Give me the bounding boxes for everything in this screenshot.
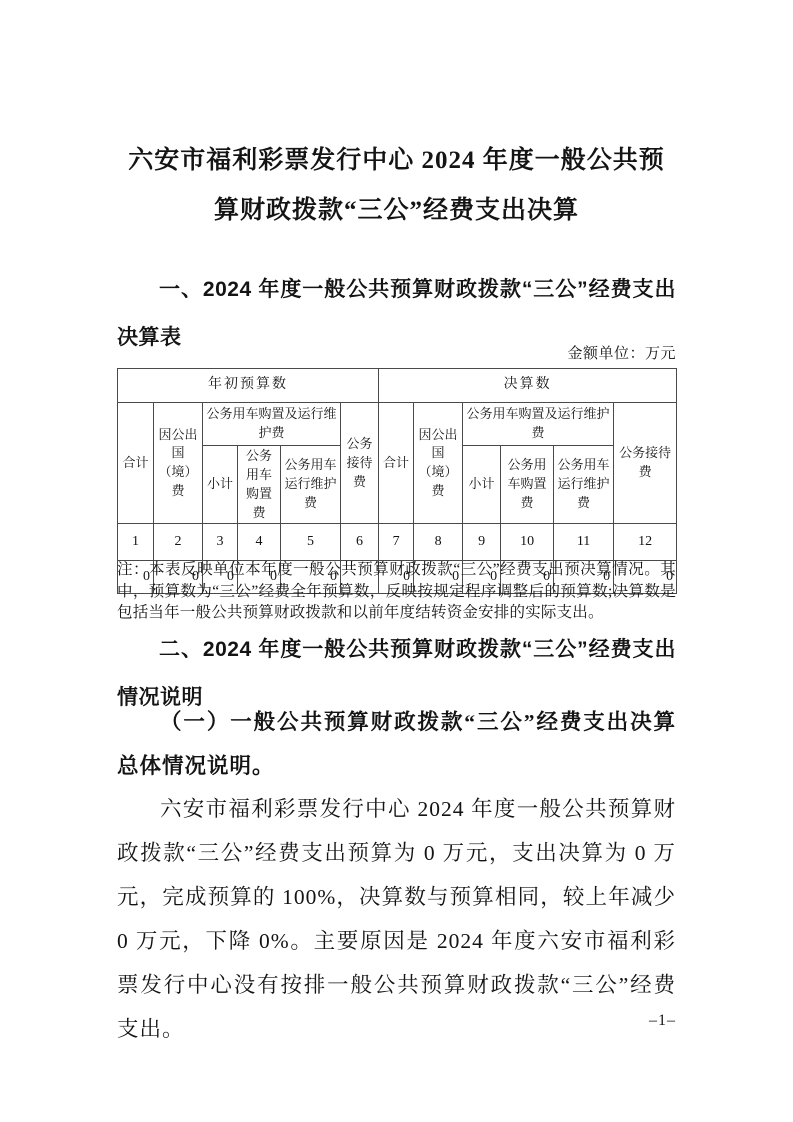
header-vehicle-subtotal-budget: 小计 <box>203 446 238 524</box>
header-vehicle-maintenance-final: 公务用车运行维护费 <box>554 446 614 524</box>
column-number: 8 <box>414 524 463 561</box>
column-number: 3 <box>203 524 238 561</box>
header-total-budget: 合计 <box>118 403 154 524</box>
column-number: 12 <box>614 524 677 561</box>
header-vehicle-purchase-budget: 公务用车购置费 <box>238 446 281 524</box>
column-number: 11 <box>554 524 614 561</box>
column-number: 6 <box>341 524 379 561</box>
header-reception-budget: 公务接待费 <box>341 403 379 524</box>
group-header-initial-budget: 年初预算数 <box>118 369 379 403</box>
column-number: 4 <box>238 524 281 561</box>
header-vehicle-maintenance-budget: 公务用车运行维护费 <box>281 446 341 524</box>
document-title: 六安市福利彩票发行中心 2024 年度一般公共预算财政拨款“三公”经费支出决算 <box>117 136 676 236</box>
column-number: 2 <box>154 524 203 561</box>
column-number-row: 1 2 3 4 5 6 7 8 9 10 11 12 <box>118 524 677 561</box>
table-group-header-row: 年初预算数 决算数 <box>118 369 677 403</box>
header-abroad-budget: 因公出国（境）费 <box>154 403 203 524</box>
amount-unit-label: 金额单位：万元 <box>117 342 676 363</box>
column-number: 9 <box>463 524 501 561</box>
column-number: 10 <box>501 524 554 561</box>
document-page: 六安市福利彩票发行中心 2024 年度一般公共预算财政拨款“三公”经费支出决算 … <box>0 0 793 1122</box>
header-total-final: 合计 <box>379 403 414 524</box>
group-header-final-accounts: 决算数 <box>379 369 677 403</box>
page-number: –1– <box>117 1012 676 1030</box>
column-number: 5 <box>281 524 341 561</box>
table-header-row-1: 合计 因公出国（境）费 公务用车购置及运行维护费 公务接待费 合计 因公出国（境… <box>118 403 677 446</box>
header-vehicle-purchase-final: 公务用车购置费 <box>501 446 554 524</box>
header-vehicle-group-budget: 公务用车购置及运行维护费 <box>203 403 341 446</box>
header-vehicle-subtotal-final: 小计 <box>463 446 501 524</box>
column-number: 1 <box>118 524 154 561</box>
header-reception-final: 公务接待费 <box>614 403 677 524</box>
column-number: 7 <box>379 524 414 561</box>
table-footnote: 注：本表反映单位本年度一般公共预算财政拨款“三公”经费支出预决算情况。其中，预算… <box>117 559 676 624</box>
header-abroad-final: 因公出国（境）费 <box>414 403 463 524</box>
header-vehicle-group-final: 公务用车购置及运行维护费 <box>463 403 614 446</box>
subsection-heading: （一）一般公共预算财政拨款“三公”经费支出决算总体情况说明。 <box>117 700 676 788</box>
